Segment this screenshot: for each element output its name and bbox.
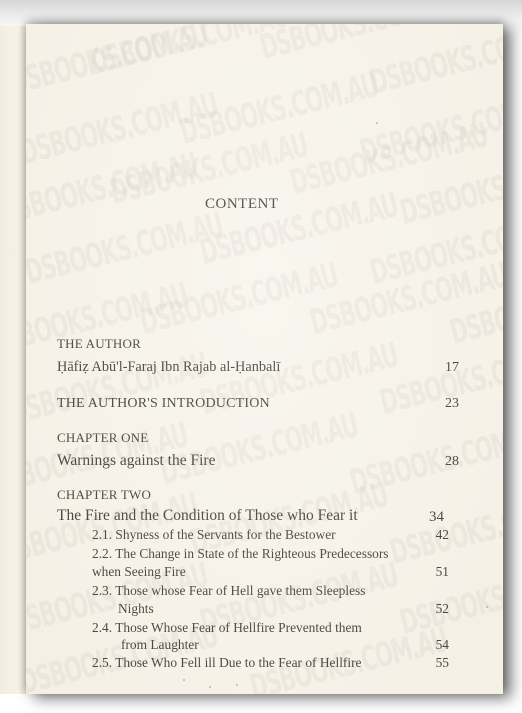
toc-section-2-4-cont: from Laughter xyxy=(121,637,199,653)
paper-speck xyxy=(236,684,238,686)
toc-section-2-2-cont: when Seeing Fire xyxy=(92,564,186,580)
toc-section-2-2: 2.2. The Change in State of the Righteou… xyxy=(92,546,389,562)
watermark: DSBOOKS.COM.AU xyxy=(356,85,503,173)
paper-speck xyxy=(183,679,185,681)
page-number: 23 xyxy=(429,396,459,412)
toc-entry-introduction: THE AUTHOR'S INTRODUCTION xyxy=(57,396,270,412)
watermark: DSBOOKS.COM.AU xyxy=(156,405,362,493)
watermark: DSBOOKS.COM.AU xyxy=(286,115,492,203)
watermark: DSBOOKS.COM.AU xyxy=(396,145,503,233)
watermark: DSBOOKS.COM.AU xyxy=(366,24,503,103)
toc-entry-author: Ḥāfiẓ Abū'l-Faraj Ibn Rajab al-Ḥanbalī xyxy=(57,359,280,376)
chapter-one-heading: CHAPTER ONE xyxy=(57,430,148,446)
page-number: 42 xyxy=(419,527,449,543)
watermark: DSBOOKS.COM.AU xyxy=(136,255,342,343)
watermark: DSBOOKS.COM.AU xyxy=(256,24,462,68)
page-number: 52 xyxy=(419,601,449,617)
page-number: 54 xyxy=(419,637,449,653)
page-number: 34 xyxy=(414,509,444,526)
watermark: DSBOOKS.COM.AU xyxy=(306,255,503,343)
toc-section-2-1: 2.1. Shyness of the Servants for the Bes… xyxy=(92,527,336,543)
book-page: DSBOOKS.COM.AU DSBOOKS.COM.AU DSBOOKS.CO… xyxy=(26,24,503,694)
chapter-two-heading: CHAPTER TWO xyxy=(57,487,151,503)
page-number: 17 xyxy=(429,360,459,376)
page-number: 28 xyxy=(429,454,459,470)
watermark: DSBOOKS.COM.AU xyxy=(26,145,202,233)
toc-section-2-3-cont: Nights xyxy=(118,601,154,617)
page-number: 55 xyxy=(419,655,449,671)
paper-speck xyxy=(376,122,378,124)
watermark: DSBOOKS.COM.AU xyxy=(396,555,503,643)
paper-speck xyxy=(486,606,488,608)
watermark: DSBOOKS.COM.AU xyxy=(26,24,212,103)
toc-section-2-4: 2.4. Those Whose Fear of Hellfire Preven… xyxy=(92,620,362,636)
watermark: DSBOOKS.COM.AU xyxy=(176,65,382,153)
watermark: DSBOOKS.COM.AU xyxy=(26,85,222,173)
toc-entry-chapter-two: The Fire and the Condition of Those who … xyxy=(57,507,358,525)
watermark: DSBOOKS.COM.AU xyxy=(366,205,503,293)
facing-page-edge xyxy=(0,26,27,694)
page-number: 51 xyxy=(419,564,449,580)
author-heading: THE AUTHOR xyxy=(57,336,141,352)
watermark: DSBOOKS.COM.AU xyxy=(26,205,227,293)
toc-entry-chapter-one: Warnings against the Fire xyxy=(57,452,215,470)
paper-speck xyxy=(209,686,211,688)
watermark: DSBOOKS.COM.AU xyxy=(346,415,503,503)
watermark: DSBOOKS.COM.AU xyxy=(86,24,292,83)
watermark: DSBOOKS.COM.AU xyxy=(446,265,503,353)
toc-section-2-5: 2.5. Those Who Fell ill Due to the Fear … xyxy=(92,655,362,671)
page-title: CONTENT xyxy=(205,196,279,213)
toc-section-2-3: 2.3. Those whose Fear of Hell gave them … xyxy=(92,583,365,599)
